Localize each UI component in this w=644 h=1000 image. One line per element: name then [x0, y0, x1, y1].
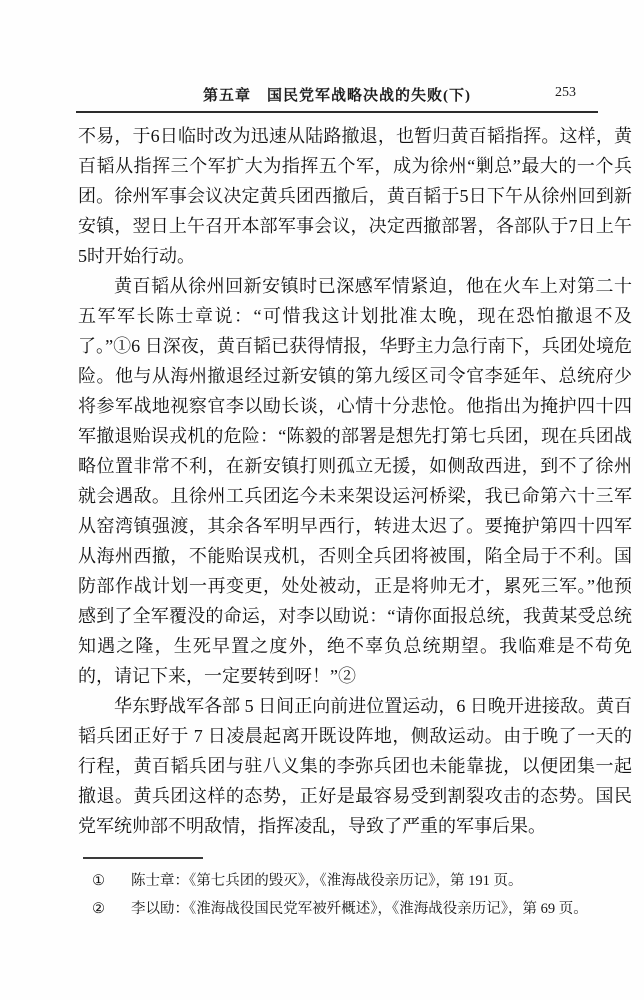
paragraph: 不易，于6日临时改为迅速从陆路撤退，也暂归黄百韬指挥。这样，黄百韬从指挥三个军扩… [78, 121, 632, 271]
body-text: 不易，于6日临时改为迅速从陆路撤退，也暂归黄百韬指挥。这样，黄百韬从指挥三个军扩… [78, 121, 632, 841]
footnote-item: ② 李以劻：《淮海战役国民党军被歼概述》，《淮海战役亲历记》，第 69 页。 [92, 895, 602, 923]
footnote-item: ① 陈士章：《第七兵团的毁灭》，《淮海战役亲历记》，第 191 页。 [92, 867, 602, 895]
footnotes: ① 陈士章：《第七兵团的毁灭》，《淮海战役亲历记》，第 191 页。 ② 李以劻… [92, 867, 602, 923]
paragraph: 黄百韬从徐州回新安镇时已深感军情紧迫，他在火车上对第二十五军军长陈士章说：“可惜… [78, 271, 632, 691]
footnote-text: 陈士章：《第七兵团的毁灭》，《淮海战役亲历记》，第 191 页。 [131, 867, 602, 895]
footnote-text: 李以劻：《淮海战役国民党军被歼概述》，《淮海战役亲历记》，第 69 页。 [131, 895, 602, 923]
paragraph: 华东野战军各部 5 日间正向前进位置运动，6 日晚开进接敌。黄百韬兵团正好于 7… [78, 691, 632, 841]
footnote-separator [83, 857, 203, 859]
book-page: 第五章 国民党军战略决战的失败(下) 253 不易，于6日临时改为迅速从陆路撤退… [0, 0, 644, 1000]
footnote-marker: ② [92, 895, 118, 923]
running-header: 第五章 国民党军战略决战的失败(下) 253 [76, 84, 598, 106]
footnote-marker: ① [92, 867, 118, 895]
page-number: 253 [555, 85, 576, 101]
chapter-title: 第五章 国民党军战略决战的失败(下) [76, 84, 598, 105]
header-rule [76, 111, 598, 113]
